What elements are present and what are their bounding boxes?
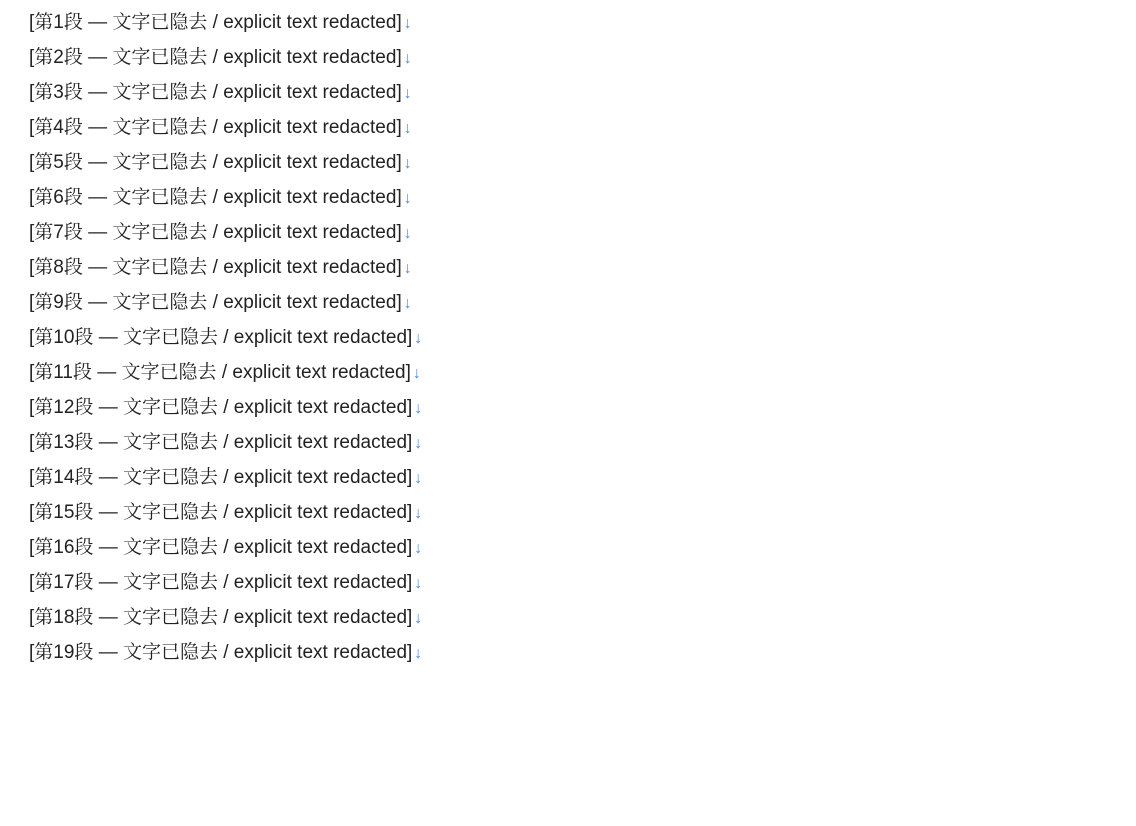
paragraph-text: [第12段 — 文字已隐去 / explicit text redacted] — [29, 397, 412, 418]
paragraph-text: [第17段 — 文字已隐去 / explicit text redacted] — [29, 572, 412, 593]
paragraph: [第18段 — 文字已隐去 / explicit text redacted]↓ — [10, 601, 1126, 636]
paragraph-break-icon: ↓ — [414, 610, 422, 627]
paragraph-text: [第18段 — 文字已隐去 / explicit text redacted] — [29, 607, 412, 628]
paragraph-text: [第16段 — 文字已隐去 / explicit text redacted] — [29, 537, 412, 558]
paragraph-break-icon: ↓ — [404, 50, 412, 67]
paragraph: [第10段 — 文字已隐去 / explicit text redacted]↓ — [10, 321, 1126, 356]
paragraph-break-icon: ↓ — [414, 330, 422, 347]
paragraph-text: [第4段 — 文字已隐去 / explicit text redacted] — [29, 117, 402, 138]
paragraph-break-icon: ↓ — [414, 400, 422, 417]
paragraph: [第14段 — 文字已隐去 / explicit text redacted]↓ — [10, 461, 1126, 496]
paragraph: [第9段 — 文字已隐去 / explicit text redacted]↓ — [10, 286, 1126, 321]
document-page: [第1段 — 文字已隐去 / explicit text redacted]↓[… — [0, 0, 1136, 671]
paragraph: [第13段 — 文字已隐去 / explicit text redacted]↓ — [10, 426, 1126, 461]
paragraph-text: [第8段 — 文字已隐去 / explicit text redacted] — [29, 257, 402, 278]
paragraph-text: [第9段 — 文字已隐去 / explicit text redacted] — [29, 292, 402, 313]
paragraph-break-icon: ↓ — [404, 155, 412, 172]
paragraph-break-icon: ↓ — [404, 85, 412, 102]
paragraph-text: [第15段 — 文字已隐去 / explicit text redacted] — [29, 502, 412, 523]
paragraph-break-icon: ↓ — [404, 190, 412, 207]
paragraph: [第1段 — 文字已隐去 / explicit text redacted]↓ — [10, 6, 1126, 41]
paragraph-break-icon: ↓ — [414, 470, 422, 487]
paragraph-break-icon: ↓ — [414, 435, 422, 452]
paragraph-text: [第3段 — 文字已隐去 / explicit text redacted] — [29, 82, 402, 103]
paragraph: [第12段 — 文字已隐去 / explicit text redacted]↓ — [10, 391, 1126, 426]
paragraph: [第2段 — 文字已隐去 / explicit text redacted]↓ — [10, 41, 1126, 76]
paragraph-text: [第1段 — 文字已隐去 / explicit text redacted] — [29, 12, 402, 33]
paragraph-break-icon: ↓ — [413, 365, 421, 382]
paragraph: [第17段 — 文字已隐去 / explicit text redacted]↓ — [10, 566, 1126, 601]
paragraph-break-icon: ↓ — [404, 260, 412, 277]
paragraph-text: [第6段 — 文字已隐去 / explicit text redacted] — [29, 187, 402, 208]
paragraph-text: [第7段 — 文字已隐去 / explicit text redacted] — [29, 222, 402, 243]
paragraph-break-icon: ↓ — [414, 505, 422, 522]
paragraph-break-icon: ↓ — [414, 575, 422, 592]
paragraph: [第5段 — 文字已隐去 / explicit text redacted]↓ — [10, 146, 1126, 181]
paragraph-text: [第14段 — 文字已隐去 / explicit text redacted] — [29, 467, 412, 488]
paragraph-text: [第19段 — 文字已隐去 / explicit text redacted] — [29, 642, 412, 663]
paragraph-text: [第10段 — 文字已隐去 / explicit text redacted] — [29, 327, 412, 348]
paragraph-text: [第13段 — 文字已隐去 / explicit text redacted] — [29, 432, 412, 453]
paragraph: [第8段 — 文字已隐去 / explicit text redacted]↓ — [10, 251, 1126, 286]
paragraph: [第3段 — 文字已隐去 / explicit text redacted]↓ — [10, 76, 1126, 111]
paragraph-break-icon: ↓ — [404, 15, 412, 32]
paragraph-break-icon: ↓ — [404, 120, 412, 137]
paragraph: [第7段 — 文字已隐去 / explicit text redacted]↓ — [10, 216, 1126, 251]
paragraph-break-icon: ↓ — [404, 225, 412, 242]
paragraph: [第15段 — 文字已隐去 / explicit text redacted]↓ — [10, 496, 1126, 531]
paragraph-text: [第2段 — 文字已隐去 / explicit text redacted] — [29, 47, 402, 68]
paragraph-break-icon: ↓ — [404, 295, 412, 312]
paragraph: [第19段 — 文字已隐去 / explicit text redacted]↓ — [10, 636, 1126, 671]
paragraph: [第4段 — 文字已隐去 / explicit text redacted]↓ — [10, 111, 1126, 146]
paragraph: [第11段 — 文字已隐去 / explicit text redacted]↓ — [10, 356, 1126, 391]
paragraph: [第16段 — 文字已隐去 / explicit text redacted]↓ — [10, 531, 1126, 566]
paragraph-break-icon: ↓ — [414, 540, 422, 557]
paragraph-break-icon: ↓ — [414, 645, 422, 662]
paragraph: [第6段 — 文字已隐去 / explicit text redacted]↓ — [10, 181, 1126, 216]
paragraph-text: [第5段 — 文字已隐去 / explicit text redacted] — [29, 152, 402, 173]
paragraph-text: [第11段 — 文字已隐去 / explicit text redacted] — [29, 362, 411, 383]
